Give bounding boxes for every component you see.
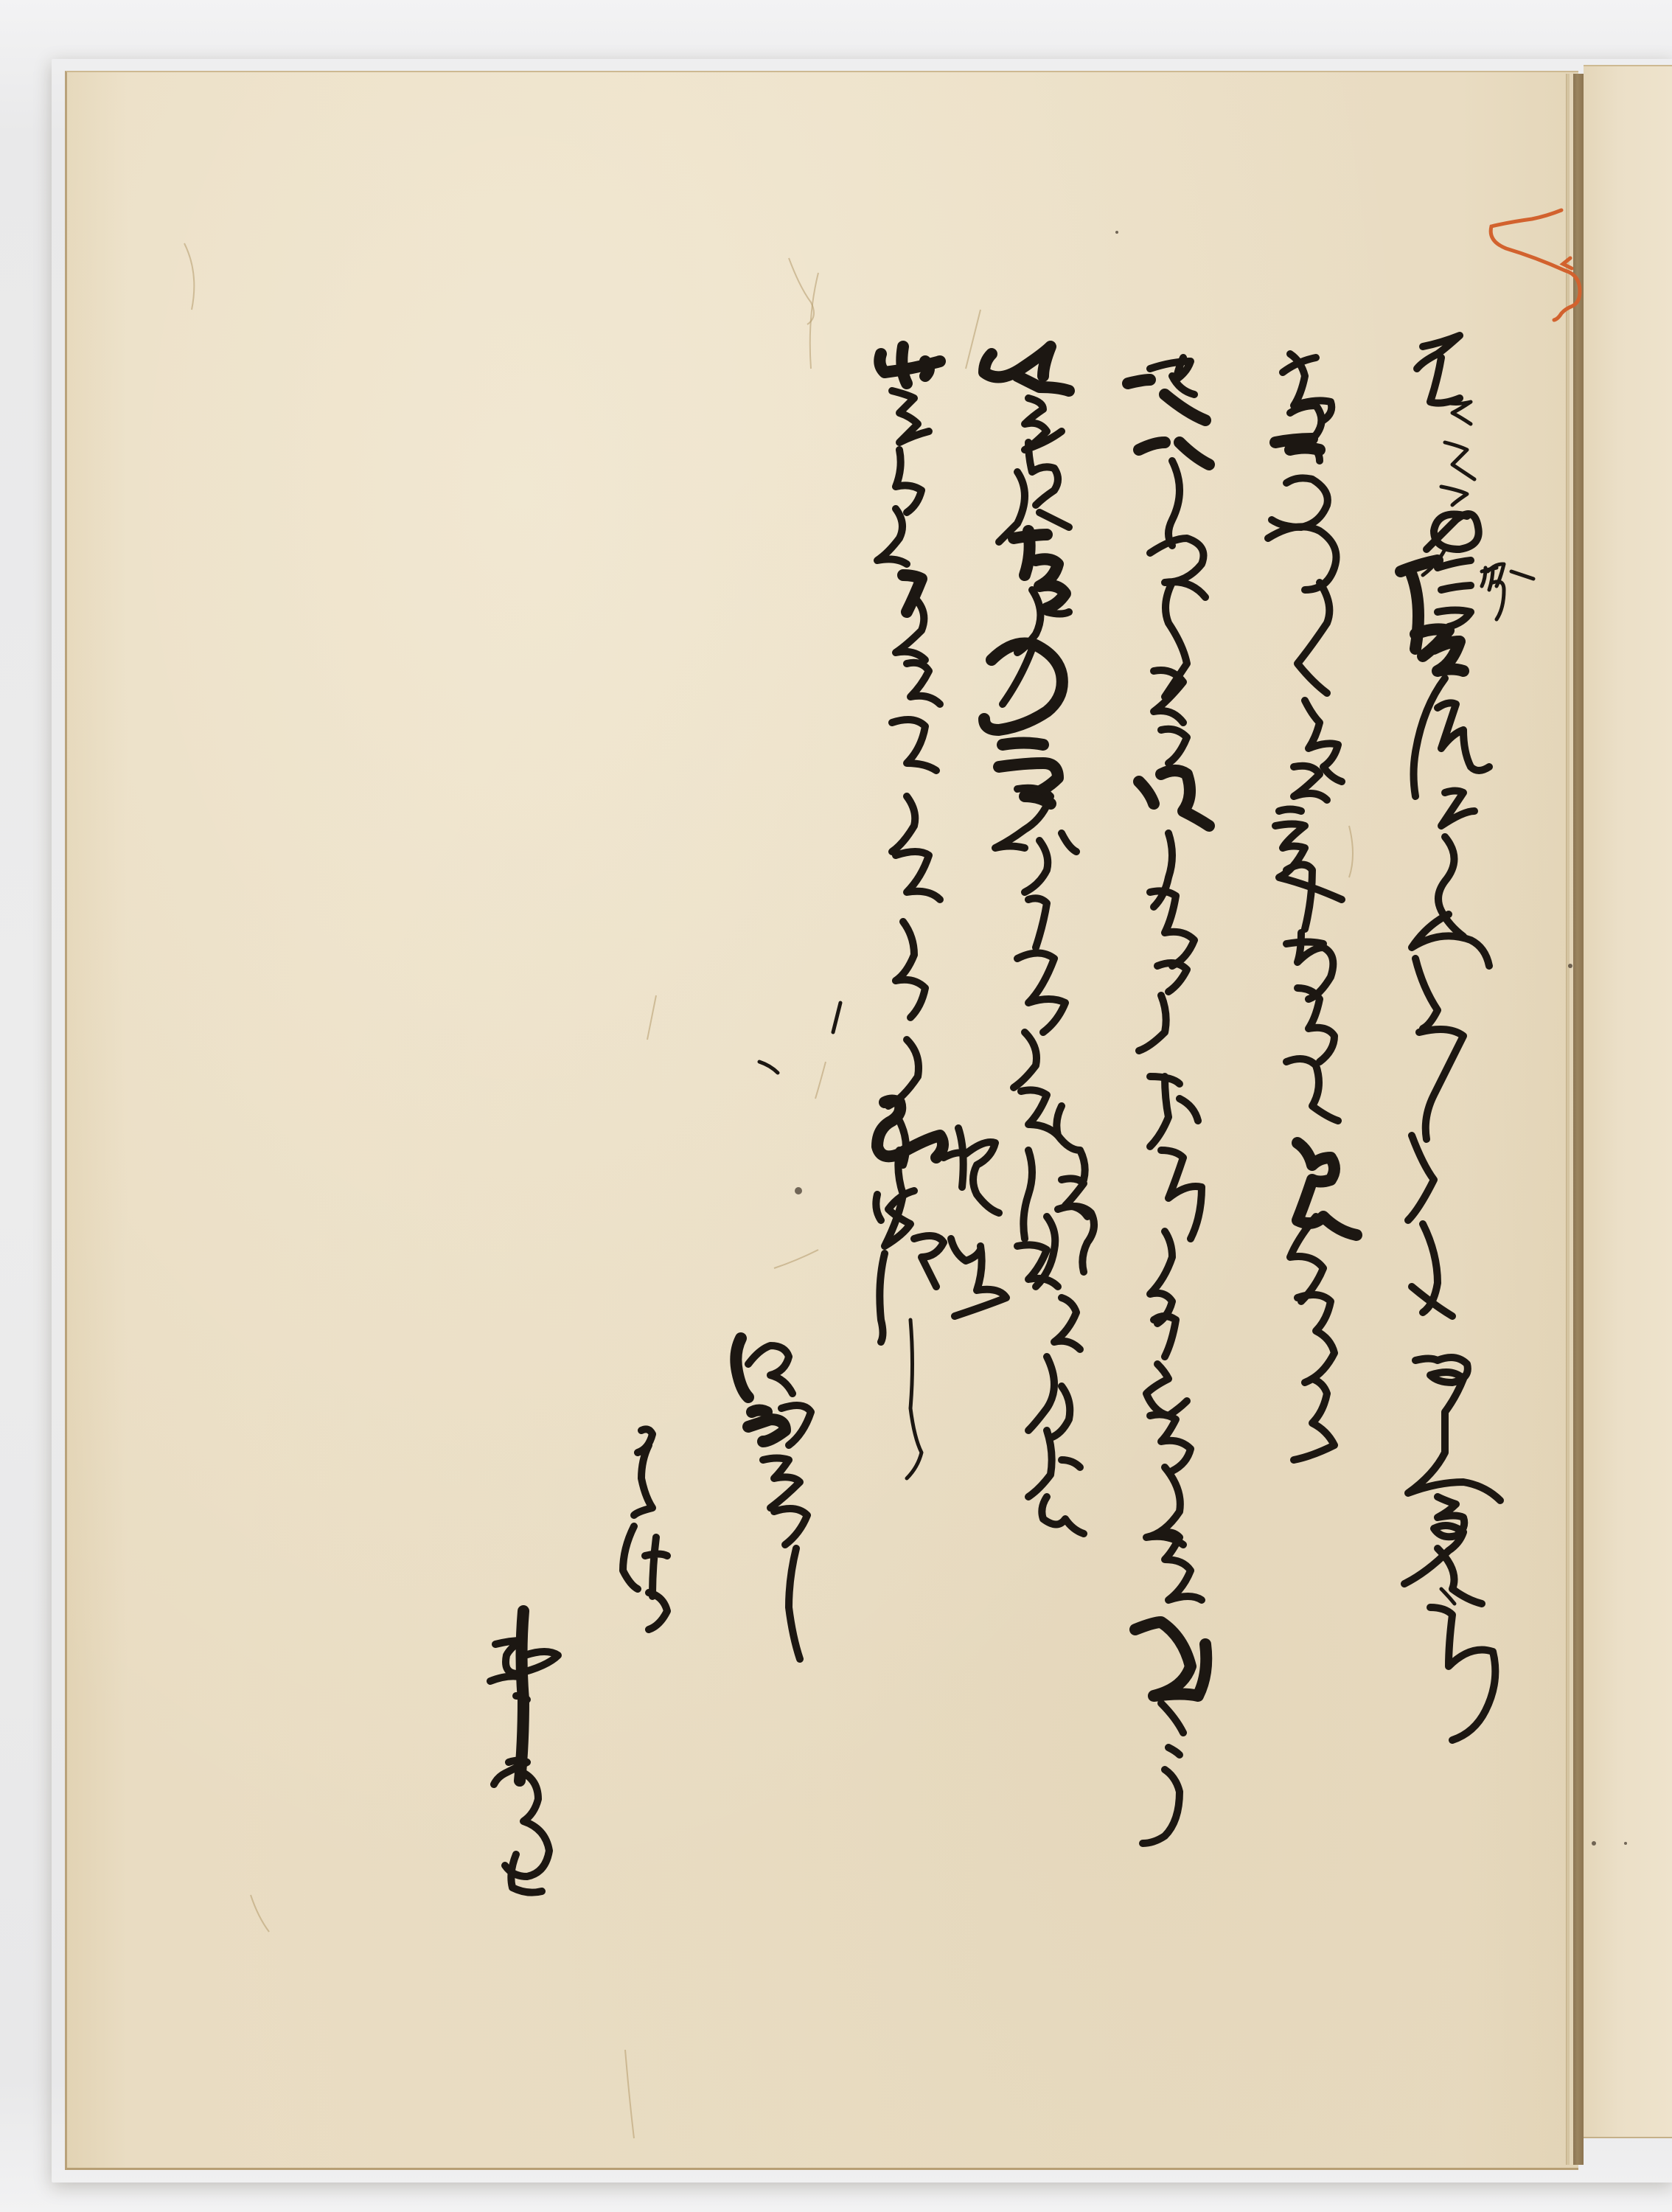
calligraphy-column-2 bbox=[1268, 354, 1356, 1460]
calligraphy-column-4 bbox=[984, 347, 1094, 1534]
marginal-gloss bbox=[1488, 564, 1533, 590]
calligraphy-column-9 bbox=[490, 1611, 558, 1893]
calligraphy-column-7 bbox=[736, 1338, 811, 1659]
paper-specks bbox=[795, 231, 1627, 1846]
calligraphy-column-8 bbox=[623, 1429, 667, 1630]
calligraphy-layer bbox=[0, 0, 1672, 2212]
calligraphy-column-6 bbox=[876, 1101, 944, 1479]
calligraphy-column-1 bbox=[1401, 335, 1504, 1740]
stray-ink-marks bbox=[759, 1003, 840, 1073]
calligraphy-column-3 bbox=[1128, 358, 1209, 1843]
binding-thread bbox=[1491, 210, 1580, 320]
